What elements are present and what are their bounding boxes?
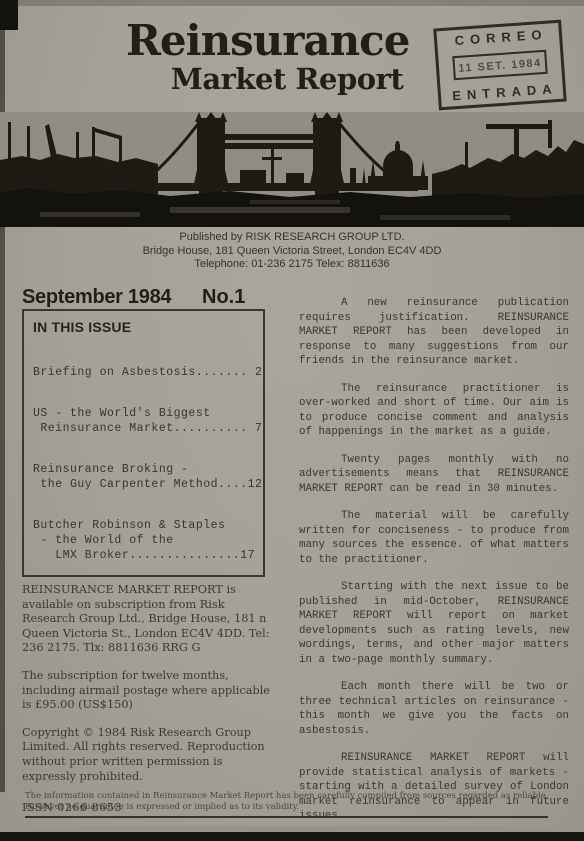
subscription-address: REINSURANCE MARKET REPORT is available o… xyxy=(22,583,276,656)
toc-line: Reinsurance Broking - xyxy=(33,462,254,477)
toc-heading: IN THIS ISSUE xyxy=(33,319,254,335)
skyline-illustration xyxy=(0,112,584,227)
body-paragraph: The reinsurance practitioner is over-wor… xyxy=(299,382,569,440)
disclaimer-line: However no guarantee is expressed or imp… xyxy=(25,802,557,813)
publisher-line: Published by RISK RESEARCH GROUP LTD. xyxy=(0,231,584,245)
stamp-date-box: 11 SET. 1984 xyxy=(452,50,547,80)
toc-item-asbestosis: Briefing on Asbestosis....... 2 xyxy=(33,365,254,380)
body-paragraph: Twenty pages monthly with no advertiseme… xyxy=(299,453,569,497)
masthead-title-line1: Reinsurance xyxy=(126,18,388,64)
toc-line: - the World of the xyxy=(33,533,254,548)
subscription-price: The subscription for twelve months, incl… xyxy=(22,669,276,713)
divider-rule xyxy=(25,816,548,818)
newsletter-front-page: Reinsurance Market Report CORREO 11 SET.… xyxy=(0,0,584,841)
masthead-title-line2: Market Report xyxy=(156,64,418,94)
body-paragraph: The material will be carefully written f… xyxy=(299,509,569,567)
publisher-contact: Telephone: 01-236 2175 Telex: 8811636 xyxy=(0,258,584,272)
issue-number: No.1 xyxy=(202,286,245,309)
toc-item-us-market: US - the World's Biggest Reinsurance Mar… xyxy=(33,406,254,436)
body-paragraph: A new reinsurance publication requires j… xyxy=(299,296,569,369)
masthead: Reinsurance Market Report xyxy=(126,18,388,95)
scan-top-edge-artifact xyxy=(0,0,584,6)
toc-line: LMX Broker...............17 xyxy=(33,548,254,563)
stamp-date: 11 SET. 1984 xyxy=(458,57,542,75)
issue-date: September 1984 xyxy=(22,286,171,309)
toc-item-lmx-broker: Butcher Robinson & Staples - the World o… xyxy=(33,518,254,563)
editorial-column: A new reinsurance publication requires j… xyxy=(299,296,569,837)
body-paragraph: REINSURANCE MARKET REPORT will provide s… xyxy=(299,751,569,824)
toc-box: IN THIS ISSUE Briefing on Asbestosis....… xyxy=(22,309,265,577)
body-paragraph: Starting with the next issue to be publi… xyxy=(299,580,569,667)
toc-line: Reinsurance Market.......... 7 xyxy=(33,421,254,436)
toc-line: US - the World's Biggest xyxy=(33,406,254,421)
toc-line: Briefing on Asbestosis....... 2 xyxy=(33,365,254,380)
toc-line: the Guy Carpenter Method....12 xyxy=(33,477,254,492)
toc-line: Butcher Robinson & Staples xyxy=(33,518,254,533)
stamp-entrada-label: ENTRADA xyxy=(445,81,560,104)
publisher-address: Bridge House, 181 Queen Victoria Street,… xyxy=(0,245,584,259)
body-paragraph: Each month there will be two or three te… xyxy=(299,680,569,738)
postal-entry-stamp: CORREO 11 SET. 1984 ENTRADA xyxy=(433,20,566,111)
footer-disclaimer: The information contained in Reinsurance… xyxy=(25,791,557,812)
scan-bottom-edge xyxy=(0,832,584,841)
copyright-notice: Copyright © 1984 Risk Research Group Lim… xyxy=(22,726,276,784)
disclaimer-line: The information contained in Reinsurance… xyxy=(25,791,557,802)
toc-item-broking: Reinsurance Broking - the Guy Carpenter … xyxy=(33,462,254,492)
stamp-correo-label: CORREO xyxy=(441,26,556,49)
issue-header: September 1984 No.1 xyxy=(22,286,265,310)
scan-corner-artifact xyxy=(0,0,18,30)
london-skyline-photo xyxy=(0,112,584,227)
publisher-info: Published by RISK RESEARCH GROUP LTD. Br… xyxy=(0,231,584,272)
